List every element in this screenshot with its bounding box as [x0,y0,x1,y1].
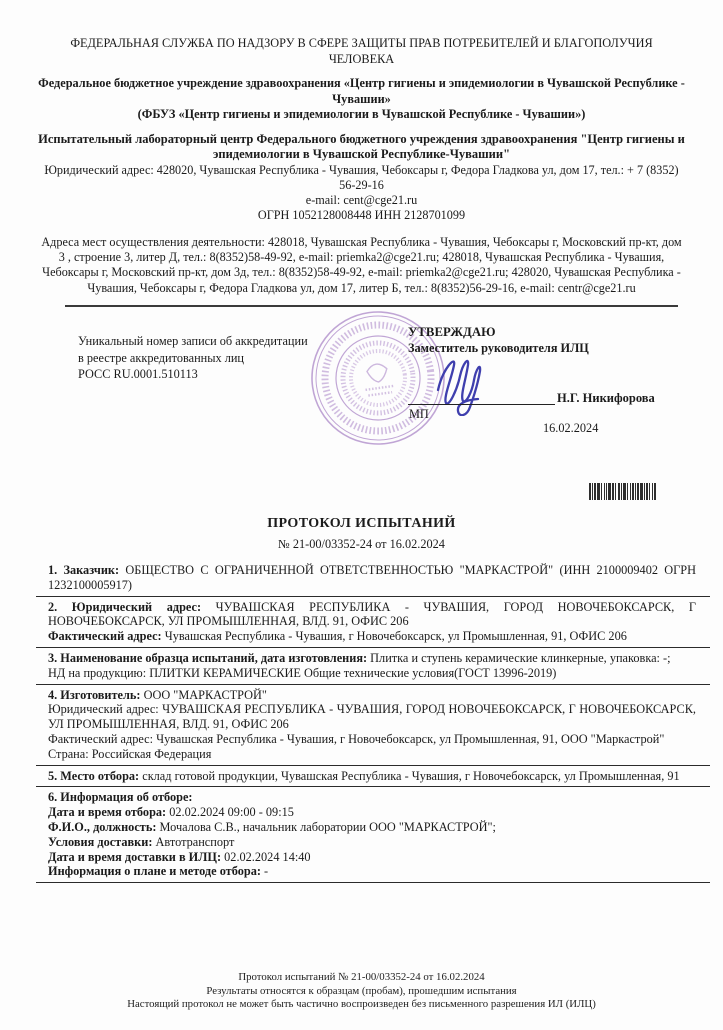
section5-label: 5. Место отбора: [48,769,139,783]
activity-addresses: Адреса мест осуществления деятельности: … [37,235,686,296]
document-footer: Протокол испытаний № 21-00/03352-24 от 1… [0,971,723,1012]
footer-line2: Результаты относятся к образцам (пробам)… [0,985,723,999]
protocol-number-line: № 21-00/03352-24 от 16.02.2024 [0,537,723,552]
section6-row-value: Автотранспорт [156,835,235,849]
approver-name: Н.Г. Никифорова [557,391,655,406]
organization-abbreviation: (ФБУЗ «Центр гигиены и эпидемиологии в Ч… [37,107,686,123]
section6-row-label: Дата и время отбора: [48,805,166,819]
section6-row-value: 02.02.2024 09:00 - 09:15 [169,805,294,819]
section2-actual-label: Фактический адрес: [48,629,162,643]
testing-lab-name: Испытательный лабораторный центр Федерал… [37,132,686,163]
accreditation-line1: Уникальный номер записи об аккредитации [78,333,328,350]
section6-row-label: Ф.И.О., должность: [48,820,156,834]
section4-label: 4. Изготовитель: [48,688,141,702]
signature-line [408,404,555,405]
section1-label: 1. Заказчик: [48,563,119,577]
stamp-place-label: МП [409,407,429,422]
barcode-space [656,483,657,500]
legal-address-line: Юридический адрес: 428020, Чувашская Рес… [37,163,686,194]
header-divider-line [65,305,678,307]
section3-value: Плитка и ступень керамические клинкерные… [370,651,670,665]
section-sample-name: 3. Наименование образца испытаний, дата … [36,648,710,685]
section-manufacturer: 4. Изготовитель: ООО "МАРКАСТРОЙ" Юридич… [36,685,710,766]
protocol-title: ПРОТОКОЛ ИСПЫТАНИЙ [0,516,723,532]
protocol-sections-table: 1. Заказчик: ОБЩЕСТВО С ОГРАНИЧЕННОЙ ОТВ… [36,560,710,883]
section4-actual-value: Чувашская Республика - Чувашия, г Новоче… [156,732,664,746]
barcode [589,483,689,500]
section6-row-label: Дата и время доставки в ИЛЦ: [48,850,221,864]
section4-value: ООО "МАРКАСТРОЙ" [144,688,267,702]
section3-label: 3. Наименование образца испытаний, дата … [48,651,367,665]
handwritten-signature [428,352,500,416]
accreditation-number: РОСС RU.0001.510113 [78,366,328,383]
section1-value: ОБЩЕСТВО С ОГРАНИЧЕННОЙ ОТВЕТСТВЕННОСТЬЮ… [48,563,696,592]
organization-name: Федеральное бюджетное учреждение здравоо… [37,76,686,107]
ogrn-inn-line: ОГРН 1052128008448 ИНН 2128701099 [37,208,686,223]
section4-actual-label: Фактический адрес: [48,732,153,746]
footer-line1: Протокол испытаний № 21-00/03352-24 от 1… [0,971,723,985]
protocol-document-page: ФЕДЕРАЛЬНАЯ СЛУЖБА ПО НАДЗОРУ В СФЕРЕ ЗА… [0,0,723,1030]
section4-country-label: Страна: [48,747,89,761]
federal-agency-name: ФЕДЕРАЛЬНАЯ СЛУЖБА ПО НАДЗОРУ В СФЕРЕ ЗА… [37,36,686,67]
section6-row-value: Мочалова С.В., начальник лаборатории ООО… [160,820,496,834]
approve-date: 16.02.2024 [543,421,598,436]
section6-row-label: Информация о плане и методе отбора: [48,864,261,878]
section-customer-address: 2. Юридический адрес: ЧУВАШСКАЯ РЕСПУБЛИ… [36,597,710,648]
section6-row-value: - [264,864,268,878]
section6-row-value: 02.02.2024 14:40 [224,850,310,864]
accreditation-block: Уникальный номер записи об аккредитации … [78,333,328,383]
email-line: e-mail: cent@cge21.ru [37,193,686,208]
section-sampling-info: 6. Информация об отборе: Дата и время от… [36,787,710,883]
section2-label: 2. Юридический адрес: [48,600,201,614]
section-sampling-place: 5. Место отбора: склад готовой продукции… [36,766,710,788]
document-header: ФЕДЕРАЛЬНАЯ СЛУЖБА ПО НАДЗОРУ В СФЕРЕ ЗА… [37,36,686,296]
section3-nd-value: ПЛИТКИ КЕРАМИЧЕСКИЕ Общие технические ус… [149,666,556,680]
section4-country-value: Российская Федерация [92,747,212,761]
section4-legal-label: Юридический адрес: [48,702,159,716]
section5-value: склад готовой продукции, Чувашская Респу… [142,769,679,783]
section3-nd-label: НД на продукцию: [48,666,146,680]
section-customer: 1. Заказчик: ОБЩЕСТВО С ОГРАНИЧЕННОЙ ОТВ… [36,560,710,597]
section6-heading: 6. Информация об отборе: [48,790,193,804]
accreditation-line2: в реестре аккредитованных лиц [78,350,328,367]
approve-label: УТВЕРЖДАЮ [408,324,698,340]
section6-row-label: Условия доставки: [48,835,152,849]
section2-actual-value: Чувашская Республика - Чувашия, г Новоче… [165,629,627,643]
footer-line3: Настоящий протокол не может быть частичн… [0,998,723,1012]
